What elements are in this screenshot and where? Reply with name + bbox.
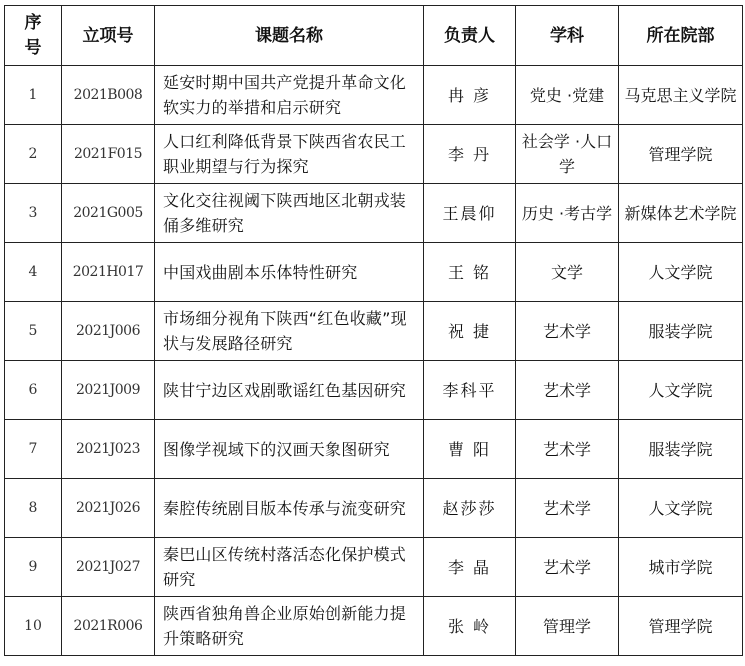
cell-leader: 李 丹 — [424, 125, 516, 184]
cell-seq: 10 — [5, 597, 62, 656]
cell-discipline: 文学 — [516, 243, 619, 302]
cell-title: 图像学视域下的汉画天象图研究 — [155, 420, 424, 479]
cell-seq: 8 — [5, 479, 62, 538]
cell-title: 延安时期中国共产党提升革命文化软实力的举措和启示研究 — [155, 66, 424, 125]
cell-code: 2021J026 — [62, 479, 155, 538]
cell-code: 2021J009 — [62, 361, 155, 420]
cell-department: 管理学院 — [619, 125, 743, 184]
cell-department: 管理学院 — [619, 597, 743, 656]
cell-department: 城市学院 — [619, 538, 743, 597]
header-department: 所在院部 — [619, 6, 743, 66]
cell-leader: 王 铭 — [424, 243, 516, 302]
table-row: 3 2021G005 文化交往视阈下陕西地区北朝戎装俑多维研究 王晨仰 历史 ·… — [5, 184, 743, 243]
header-title: 课题名称 — [155, 6, 424, 66]
cell-title: 秦腔传统剧目版本传承与流变研究 — [155, 479, 424, 538]
cell-leader: 祝 捷 — [424, 302, 516, 361]
cell-leader: 冉 彦 — [424, 66, 516, 125]
header-seq-line1: 序 — [5, 11, 61, 36]
cell-code: 2021B008 — [62, 66, 155, 125]
cell-title: 陕西省独角兽企业原始创新能力提升策略研究 — [155, 597, 424, 656]
projects-table: 序号 立项号 课题名称 负责人 学科 所在院部 1 2021B008 延安时期中… — [4, 5, 743, 656]
cell-title: 中国戏曲剧本乐体特性研究 — [155, 243, 424, 302]
cell-discipline: 管理学 — [516, 597, 619, 656]
cell-leader: 张 岭 — [424, 597, 516, 656]
header-seq: 序号 — [5, 6, 62, 66]
table-row: 7 2021J023 图像学视域下的汉画天象图研究 曹 阳 艺术学 服装学院 — [5, 420, 743, 479]
cell-discipline: 艺术学 — [516, 302, 619, 361]
header-code: 立项号 — [62, 6, 155, 66]
cell-department: 服装学院 — [619, 420, 743, 479]
cell-discipline: 社会学 ·人口学 — [516, 125, 619, 184]
cell-code: 2021H017 — [62, 243, 155, 302]
cell-code: 2021G005 — [62, 184, 155, 243]
cell-seq: 6 — [5, 361, 62, 420]
cell-discipline: 艺术学 — [516, 538, 619, 597]
cell-code: 2021J006 — [62, 302, 155, 361]
cell-department: 服装学院 — [619, 302, 743, 361]
cell-department: 人文学院 — [619, 479, 743, 538]
cell-leader: 曹 阳 — [424, 420, 516, 479]
table-row: 2 2021F015 人口红利降低背景下陕西省农民工职业期望与行为探究 李 丹 … — [5, 125, 743, 184]
table-row: 1 2021B008 延安时期中国共产党提升革命文化软实力的举措和启示研究 冉 … — [5, 66, 743, 125]
table-row: 10 2021R006 陕西省独角兽企业原始创新能力提升策略研究 张 岭 管理学… — [5, 597, 743, 656]
cell-title: 文化交往视阈下陕西地区北朝戎装俑多维研究 — [155, 184, 424, 243]
header-discipline: 学科 — [516, 6, 619, 66]
header-row: 序号 立项号 课题名称 负责人 学科 所在院部 — [5, 6, 743, 66]
cell-department: 新媒体艺术学院 — [619, 184, 743, 243]
table-row: 6 2021J009 陕甘宁边区戏剧歌谣红色基因研究 李科平 艺术学 人文学院 — [5, 361, 743, 420]
cell-seq: 9 — [5, 538, 62, 597]
cell-title: 秦巴山区传统村落活态化保护模式研究 — [155, 538, 424, 597]
cell-leader: 李科平 — [424, 361, 516, 420]
cell-seq: 4 — [5, 243, 62, 302]
header-seq-line2: 号 — [5, 36, 61, 61]
cell-title: 市场细分视角下陕西“红色收藏”现状与发展路径研究 — [155, 302, 424, 361]
cell-leader: 赵莎莎 — [424, 479, 516, 538]
cell-seq: 2 — [5, 125, 62, 184]
cell-leader: 王晨仰 — [424, 184, 516, 243]
cell-code: 2021R006 — [62, 597, 155, 656]
cell-code: 2021F015 — [62, 125, 155, 184]
cell-code: 2021J023 — [62, 420, 155, 479]
cell-department: 马克思主义学院 — [619, 66, 743, 125]
header-leader: 负责人 — [424, 6, 516, 66]
cell-leader: 李 晶 — [424, 538, 516, 597]
cell-discipline: 艺术学 — [516, 420, 619, 479]
table-row: 5 2021J006 市场细分视角下陕西“红色收藏”现状与发展路径研究 祝 捷 … — [5, 302, 743, 361]
cell-seq: 3 — [5, 184, 62, 243]
table-row: 8 2021J026 秦腔传统剧目版本传承与流变研究 赵莎莎 艺术学 人文学院 — [5, 479, 743, 538]
cell-discipline: 艺术学 — [516, 361, 619, 420]
cell-title: 陕甘宁边区戏剧歌谣红色基因研究 — [155, 361, 424, 420]
cell-discipline: 党史 ·党建 — [516, 66, 619, 125]
cell-code: 2021J027 — [62, 538, 155, 597]
cell-seq: 5 — [5, 302, 62, 361]
cell-discipline: 历史 ·考古学 — [516, 184, 619, 243]
cell-seq: 7 — [5, 420, 62, 479]
table-row: 9 2021J027 秦巴山区传统村落活态化保护模式研究 李 晶 艺术学 城市学… — [5, 538, 743, 597]
cell-department: 人文学院 — [619, 243, 743, 302]
cell-seq: 1 — [5, 66, 62, 125]
cell-discipline: 艺术学 — [516, 479, 619, 538]
table-row: 4 2021H017 中国戏曲剧本乐体特性研究 王 铭 文学 人文学院 — [5, 243, 743, 302]
cell-title: 人口红利降低背景下陕西省农民工职业期望与行为探究 — [155, 125, 424, 184]
cell-department: 人文学院 — [619, 361, 743, 420]
